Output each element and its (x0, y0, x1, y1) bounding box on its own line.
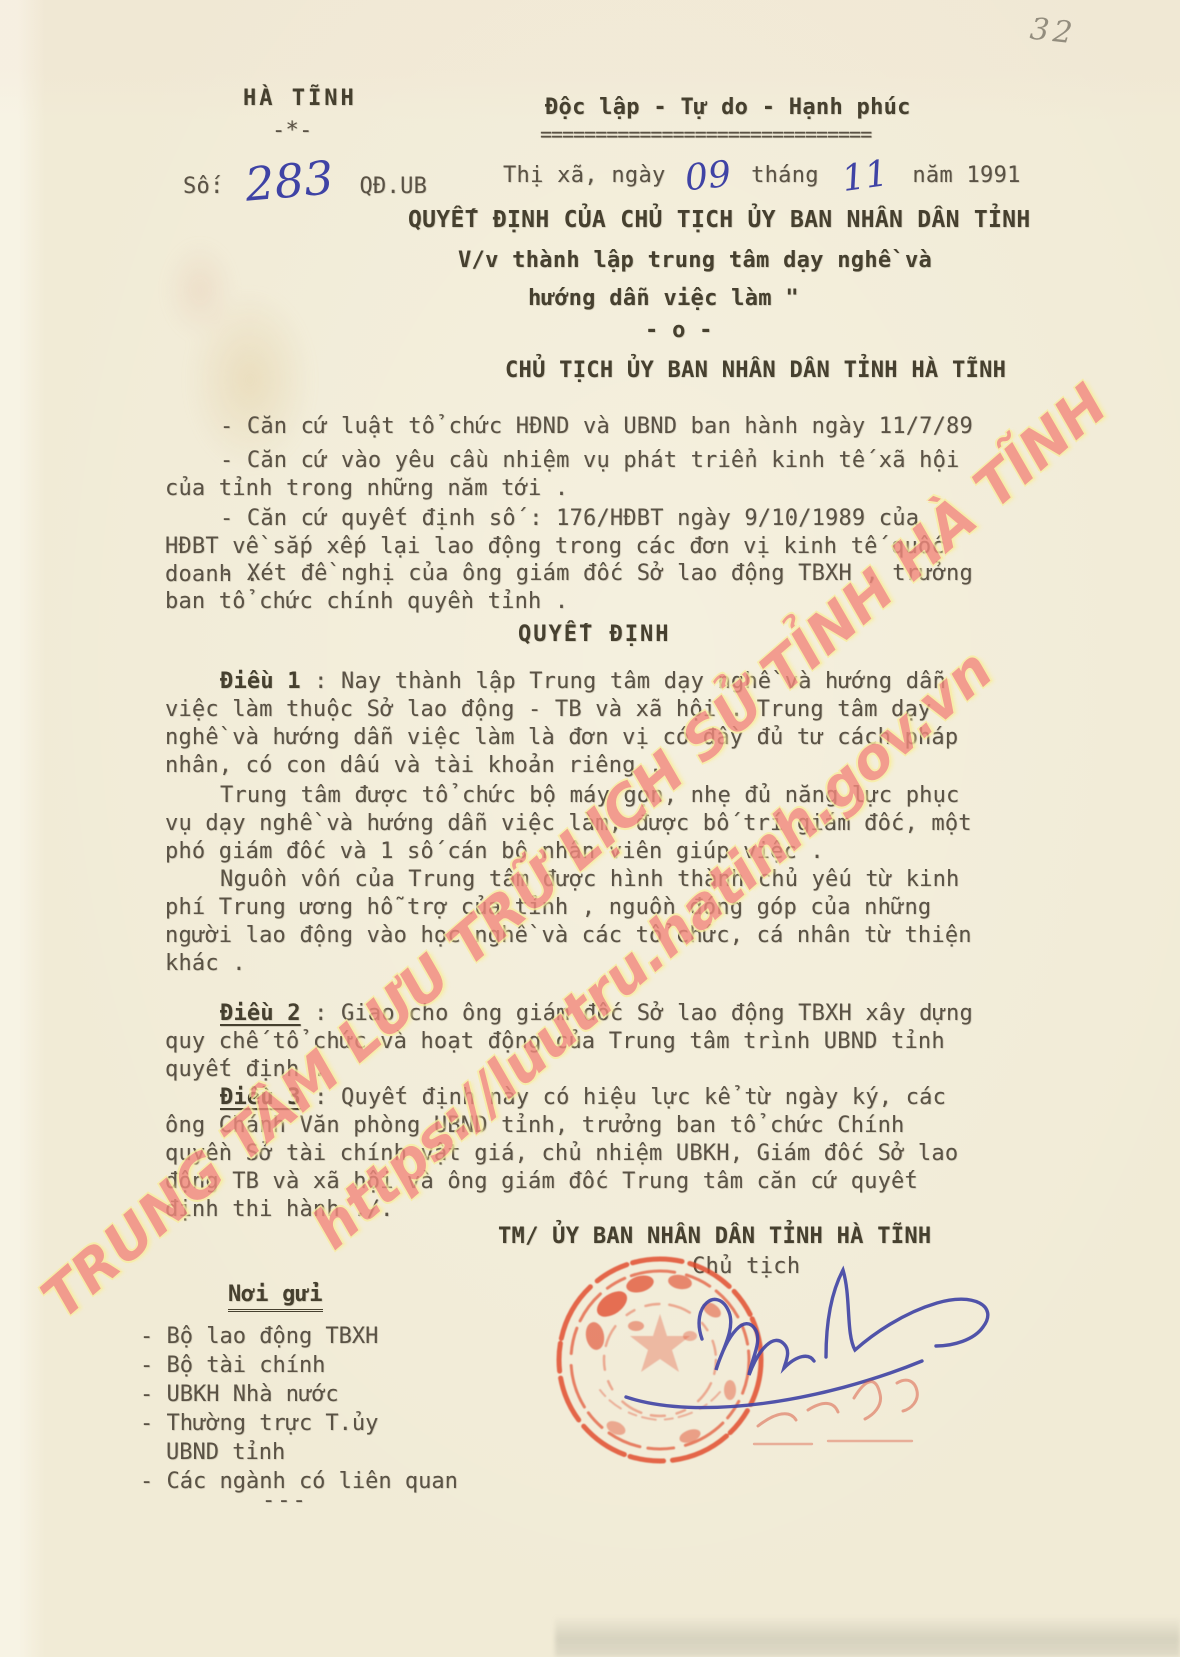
ground-1: - Căn cứ luật tổ chức HĐND và UBND ban h… (165, 413, 980, 441)
recipients-list: - Bộ lao động TBXH - Bộ tài chính - UBKH… (140, 1322, 458, 1496)
recipient-item: UBND tỉnh (140, 1438, 458, 1467)
title-ornament: - o - (645, 318, 713, 343)
article-3: Điều 3 : Quyết định này có hiệu lực kể t… (165, 1084, 980, 1224)
decision-title: QUYẾT ĐỊNH CỦA CHỦ TỊCH ỦY BAN NHÂN DÂN … (408, 207, 1030, 233)
doc-number-label: Số: (183, 174, 224, 199)
ground-2: - Căn cứ vào yêu cầu nhiệm vụ phát triển… (165, 447, 980, 503)
national-motto: Độc lập - Tự do - Hạnh phúc (545, 95, 911, 120)
doc-number-suffix: QĐ.UB (359, 174, 427, 199)
top-left-red-stain (10, 0, 140, 230)
issuer-heading: CHỦ TỊCH ỦY BAN NHÂN DÂN TỈNH HÀ TĨNH (505, 358, 1006, 383)
place-date-suffix: năm 1991 (912, 163, 1020, 188)
date-month-handwritten: 11 (840, 153, 892, 200)
page-corner-number: 32 (1028, 12, 1078, 52)
org-separator: -*- (272, 118, 313, 143)
article-3-label: Điều 3 (220, 1085, 301, 1110)
issuing-org-name: HÀ TĨNH (243, 86, 357, 111)
article-2: Điều 2 : Giao cho ông giám đốc Sở lao độ… (165, 1000, 980, 1084)
place-date-prefix: Thị xã, ngày (503, 163, 666, 188)
decision-subject-line2: hướng dẫn việc làm " (528, 286, 799, 311)
recipient-item: - UBKH Nhà nước (140, 1380, 458, 1409)
scan-edge-shadow (555, 1616, 1180, 1657)
scanned-document-page: 32 HÀ TĨNH -*- Số: 283 QĐ.UB Độc lập - T… (0, 0, 1180, 1657)
paragraph-funding: Nguồn vốn của Trung tâm được hình thành … (165, 866, 980, 978)
article-1-label: Điều 1 (220, 669, 301, 694)
place-date-mid: tháng (751, 163, 819, 188)
recipient-item: - Bộ lao động TBXH (140, 1322, 458, 1351)
date-day-handwritten: 09 (683, 154, 733, 200)
article-1: Điều 1 : Nay thành lập Trung tâm dạy ngh… (165, 668, 980, 780)
doc-number-handwritten: 283 (243, 150, 336, 212)
recipients-heading: Nơi gửi (228, 1282, 323, 1312)
decide-heading: QUYẾT ĐỊNH (518, 622, 670, 647)
article-2-label: Điều 2 (220, 1001, 301, 1026)
motto-rule: ============================== (540, 122, 871, 146)
recipient-item: - Bộ tài chính (140, 1351, 458, 1380)
decision-subject-line1: V/v thành lập trung tâm dạy nghề và (458, 248, 932, 273)
recipient-item: - Thường trực T.ủy (140, 1409, 458, 1438)
recipients-end-mark: --- (262, 1488, 308, 1513)
place-date-line: Thị xã, ngày 09 tháng 11 năm 1991 (503, 150, 1021, 191)
stamped-signer-name (742, 1386, 982, 1456)
ground-4: - Xét đề nghị của ông giám đốc Sở lao độ… (165, 560, 980, 616)
paragraph-apparatus: Trung tâm được tổ chức bộ máy gọn, nhẹ đ… (165, 782, 980, 866)
doc-number-line: Số: 283 QĐ.UB (183, 150, 427, 204)
